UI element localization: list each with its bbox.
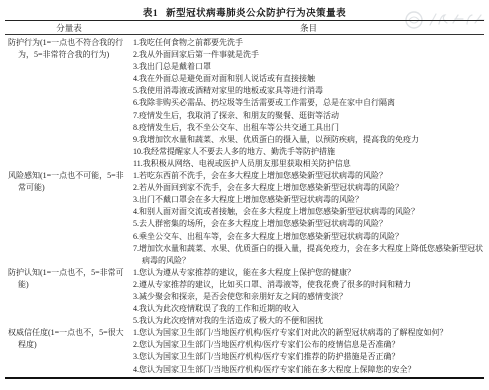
scale-item: 3.出门不戴口罩会在多大程度上增加您感染新型冠状病毒的风险？	[133, 194, 484, 206]
subscale-label: 防护认知(1=一点也不，5=非常可能)	[5, 267, 133, 327]
header-subscale: 分量表	[5, 22, 133, 34]
scale-item: 4.我认为此次疫情耽误了我的工作和近期的收入	[133, 303, 484, 315]
scale-item: 1.我吃任何食物之前都要先洗手	[133, 37, 484, 49]
subscale-label: 权威信任度(1=一点也不，5=很大程度)	[5, 327, 133, 375]
scale-item: 6.我除非购买必需品、扔垃圾等生活需要或工作需要，总是在家中自行隔离	[133, 97, 484, 109]
scale-item: 9.我增加饮水量和蔬菜、水果、优质蛋白的摄入量，以预防疾病，提高我的免疫力	[133, 134, 484, 146]
section-row: 风险感知(1=一点也不可能，5=非常可能)1.若吃东西前不洗手，会在多大程度上增…	[5, 170, 484, 267]
paper-page: 表1新型冠状病毒肺炎公众防护行为决策量表 分量表 条目 防护行为(1=一点也不符…	[0, 0, 489, 390]
scale-item: 10.我经常提醒家人不要去人多的地方、勤洗手等防护措施	[133, 146, 484, 158]
scale-item: 11.我积极从网络、电视或医护人员朋友那里获取相关防护信息	[133, 158, 484, 170]
table-title-text: 新型冠状病毒肺炎公众防护行为决策量表	[166, 9, 346, 19]
scale-item: 2.若从外面回到家不洗手，会在多大程度上增加您感染新型冠状病毒的风险？	[133, 182, 484, 194]
scale-item: 3.您认为国家卫生部门/当地医疗机构/医疗专家们推荐的防护措施是否正确？	[133, 351, 484, 363]
item-list: 1.若吃东西前不洗手，会在多大程度上增加您感染新型冠状病毒的风险？2.若从外面回…	[133, 170, 484, 267]
item-list: 1.您认为国家卫生部门/当地医疗机构/医疗专家们对此次的新型冠状病毒的了解程度如…	[133, 327, 484, 375]
scale-item: 3.我出门总是戴着口罩	[133, 61, 484, 73]
table-sections: 防护行为(1=一点也不符合我的行为，5=非常符合我的行为)1.我吃任何食物之前都…	[5, 35, 484, 376]
scale-item: 2.我从外面回家后第一件事就是洗手	[133, 49, 484, 61]
scale-item: 5.我认为此次疫情对我的生活造成了极大的不便和困扰	[133, 315, 484, 327]
scale-item: 5.我使用消毒液或酒精对家里的地板或家具等进行消毒	[133, 85, 484, 97]
section-row: 防护行为(1=一点也不符合我的行为，5=非常符合我的行为)1.我吃任何食物之前都…	[5, 37, 484, 170]
scale-item: 5.去人群密集的场所，会在多大程度上增加您感染新型冠状病毒的风险？	[133, 218, 484, 230]
section-row: 防护认知(1=一点也不，5=非常可能)1.您认为遵从专家推荐的建议，能在多大程度…	[5, 267, 484, 327]
scale-item: 7.增加饮水量和蔬菜、水果、优质蛋白的摄入量，提高免疫力，会在多大程度上降低您感…	[133, 243, 484, 267]
table-title: 表1新型冠状病毒肺炎公众防护行为决策量表	[0, 0, 489, 19]
scale-table: 分量表 条目 防护行为(1=一点也不符合我的行为，5=非常符合我的行为)1.我吃…	[5, 20, 484, 379]
subscale-label: 防护行为(1=一点也不符合我的行为，5=非常符合我的行为)	[5, 37, 133, 170]
scale-item: 1.若吃东西前不洗手，会在多大程度上增加您感染新型冠状病毒的风险？	[133, 170, 484, 182]
subscale-label: 风险感知(1=一点也不可能，5=非常可能)	[5, 170, 133, 267]
table-header-row: 分量表 条目	[5, 21, 484, 34]
scale-item: 3.减少聚会和探亲，是否会使您和亲朋好友之间的感情变淡？	[133, 291, 484, 303]
item-list: 1.您认为遵从专家推荐的建议，能在多大程度上保护您的健康？2.遵从专家推荐的建议…	[133, 267, 484, 327]
section-row: 权威信任度(1=一点也不，5=很大程度)1.您认为国家卫生部门/当地医疗机构/医…	[5, 327, 484, 375]
item-list: 1.我吃任何食物之前都要先洗手2.我从外面回家后第一件事就是洗手3.我出门总是戴…	[133, 37, 484, 170]
scale-item: 4.您认为国家卫生部门/当地医疗机构/医疗专家们能在多大程度上保障您的安全？	[133, 364, 484, 376]
scale-item: 2.您认为国家卫生部门/当地医疗机构/医疗专家们公布的疫情信息是否准确？	[133, 339, 484, 351]
table-bottom-rule	[5, 377, 484, 379]
scale-item: 4.我在外面总是避免面对面和别人说话或有直接接触	[133, 73, 484, 85]
header-items: 条目	[133, 22, 484, 34]
scale-item: 1.您认为遵从专家推荐的建议，能在多大程度上保护您的健康？	[133, 267, 484, 279]
scale-item: 4.和别人面对面交流或者接触，会在多大程度上增加您感染新型冠状病毒的风险？	[133, 206, 484, 218]
scale-item: 7.疫情发生后，我取消了探亲、和朋友的聚餐、逛街等活动	[133, 110, 484, 122]
table-number: 表1	[143, 9, 158, 19]
scale-item: 1.您认为国家卫生部门/当地医疗机构/医疗专家们对此次的新型冠状病毒的了解程度如…	[133, 327, 484, 339]
scale-item: 6.乘坐公交车、出租车等，会在多大程度上增加您感染新型冠状病毒的风险？	[133, 231, 484, 243]
scale-item: 2.遵从专家推荐的建议，比如买口罩、消毒液等，使我花费了很多的时间和精力	[133, 279, 484, 291]
scale-item: 8.疫情发生后，我不坐公交车、出租车等公共交通工具出门	[133, 122, 484, 134]
